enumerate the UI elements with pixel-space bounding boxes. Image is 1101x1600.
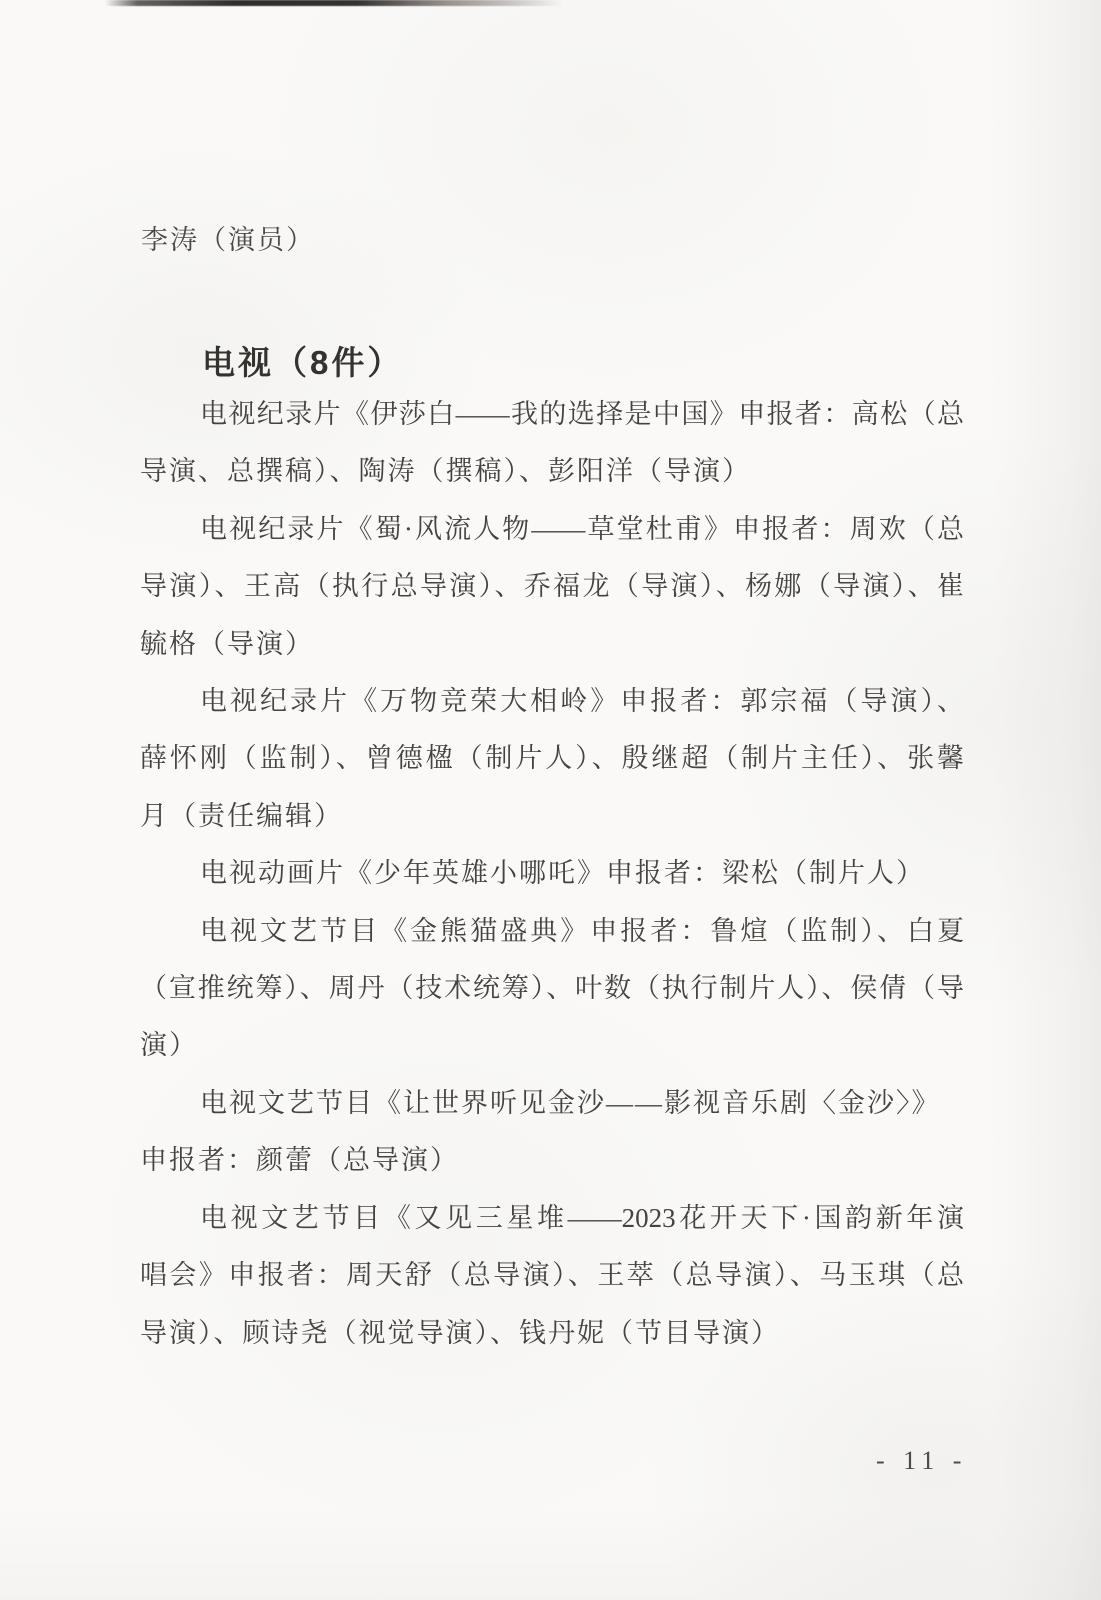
entry-line: 月（责任编辑） [140,788,964,845]
document-page: 李涛（演员） 电视（8件） 电视纪录片《伊莎白——我的选择是中国》申报者：高松（… [0,0,1101,1600]
page-number: - 11 - [876,1446,967,1476]
entry-line: 电视文艺节目《又见三星堆——2023花开天下·国韵新年演 [140,1190,964,1247]
entry-line: 电视文艺节目《让世界听见金沙——影视音乐剧〈金沙〉》 [140,1075,964,1132]
entry-line: 导演、总撰稿）、陶涛（撰稿）、彭阳洋（导演） [140,443,964,500]
entry-line: 导演）、顾诗尧（视觉导演）、钱丹妮（节目导演） [140,1305,964,1362]
entry-line: （宣推统筹）、周丹（技术统筹）、叶数（执行制片人）、侯倩（导 [140,960,964,1017]
entry-line: 电视纪录片《蜀·风流人物——草堂杜甫》申报者：周欢（总 [140,501,964,558]
entry-line: 演） [140,1017,964,1074]
entry-list: 电视纪录片《伊莎白——我的选择是中国》申报者：高松（总 导演、总撰稿）、陶涛（撰… [140,386,964,1362]
entry-line: 申报者：颜蕾（总导演） [140,1132,964,1189]
entry-line: 导演）、王高（执行总导演）、乔福龙（导演）、杨娜（导演）、崔 [140,558,964,615]
entry-line: 电视文艺节目《金熊猫盛典》申报者：鲁煊（监制）、白夏 [140,903,964,960]
entry-line: 电视纪录片《万物竞荣大相岭》申报者：郭宗福（导演）、 [140,673,964,730]
entry-line: 电视纪录片《伊莎白——我的选择是中国》申报者：高松（总 [140,386,964,443]
entry-line: 唱会》申报者：周天舒（总导演）、王萃（总导演）、马玉琪（总 [140,1247,964,1304]
entry-line: 薛怀刚（监制）、曾德楹（制片人）、殷继超（制片主任）、张馨 [140,730,964,787]
entry-line: 毓格（导演） [140,616,964,673]
scan-edge-artifact [105,0,563,6]
carryover-line: 李涛（演员） [141,218,315,257]
section-heading: 电视（8件） [202,337,403,384]
entry-line: 电视动画片《少年英雄小哪吒》申报者：梁松（制片人） [140,845,964,902]
